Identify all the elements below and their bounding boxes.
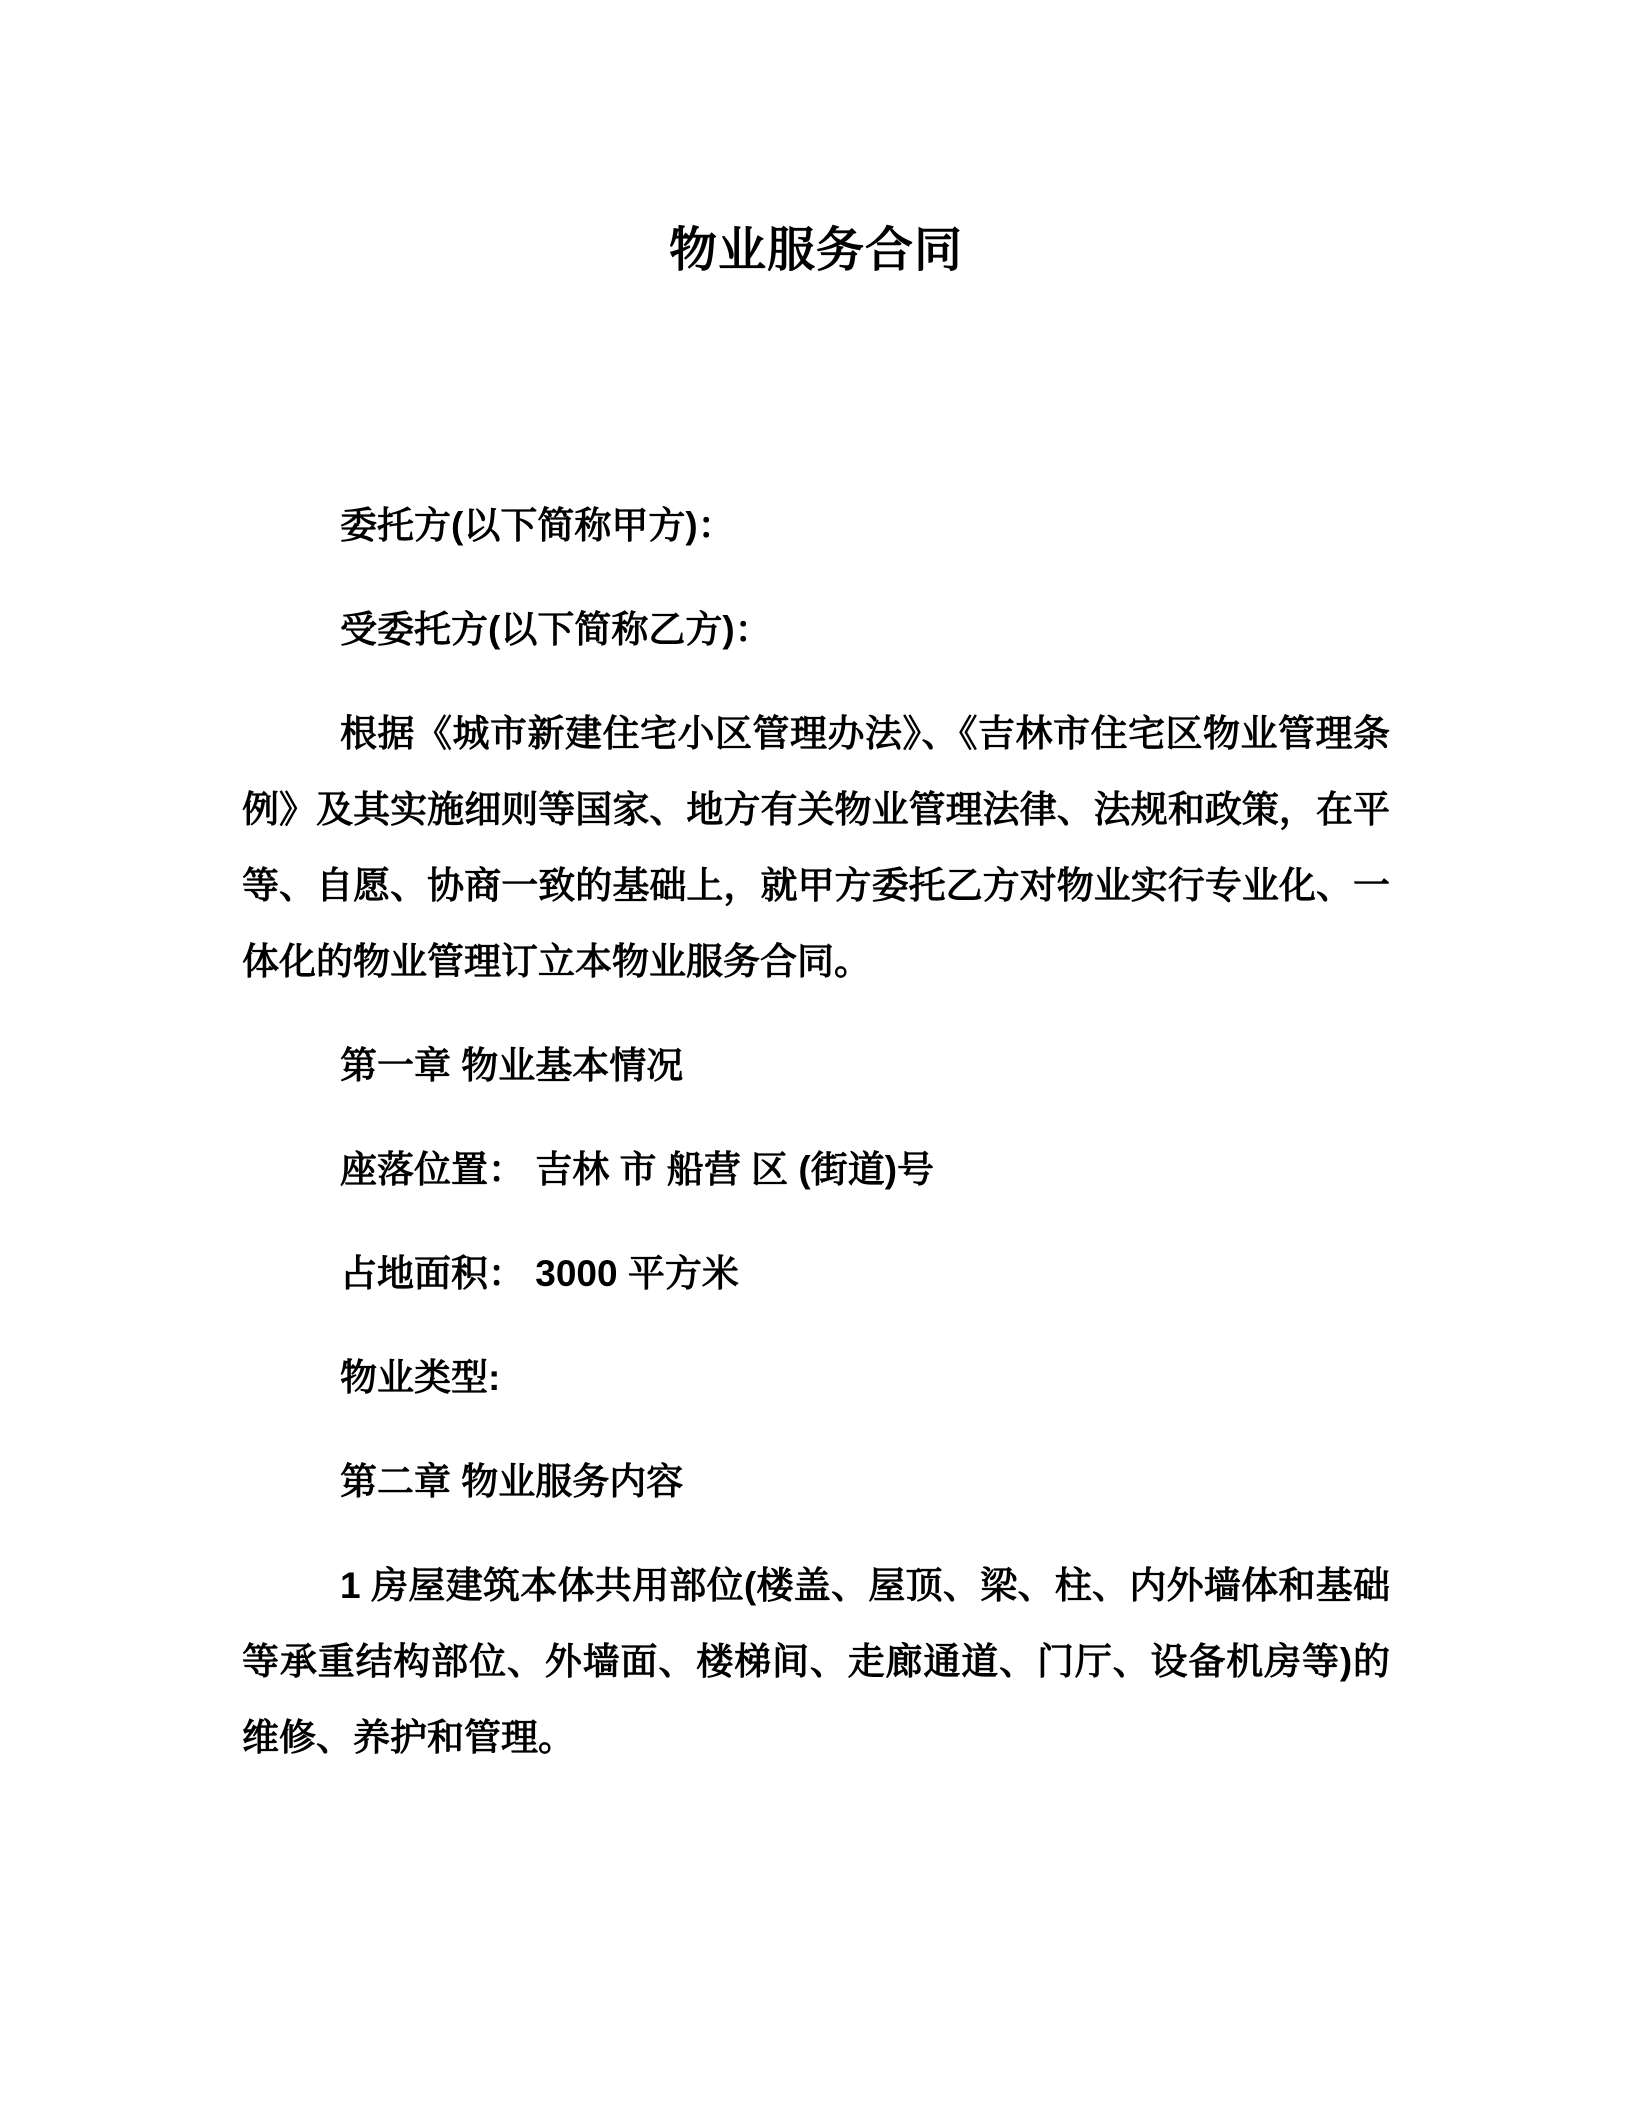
document-title: 物业服务合同: [242, 218, 1390, 284]
paragraph-area: 占地面积： 3000 平方米: [242, 1236, 1390, 1312]
paragraph-preamble: 根据《城市新建住宅小区管理办法》、《吉林市住宅区物业管理条例》及其实施细则等国家…: [242, 696, 1390, 1000]
paragraph-party-b: 受委托方(以下简称乙方)：: [242, 592, 1390, 668]
paragraph-property-type: 物业类型:: [242, 1340, 1390, 1416]
paragraph-party-a: 委托方(以下简称甲方)：: [242, 488, 1390, 564]
paragraph-location: 座落位置： 吉林 市 船营 区 (街道)号: [242, 1132, 1390, 1208]
document-page: 物业服务合同 委托方(以下简称甲方)： 受委托方(以下简称乙方)： 根据《城市新…: [0, 0, 1632, 2112]
chapter-2-heading: 第二章 物业服务内容: [242, 1444, 1390, 1520]
paragraph-service-item-1: 1 房屋建筑本体共用部位(楼盖、屋顶、梁、柱、内外墙体和基础等承重结构部位、外墙…: [242, 1548, 1390, 1776]
chapter-1-heading: 第一章 物业基本情况: [242, 1028, 1390, 1104]
